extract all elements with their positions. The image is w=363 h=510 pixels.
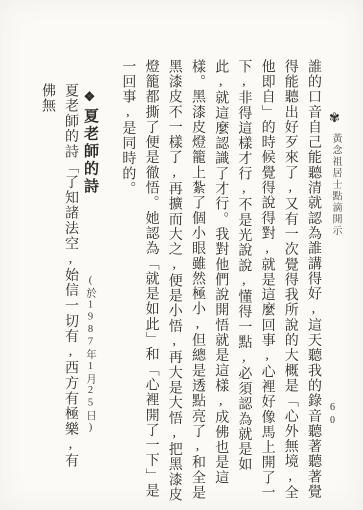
running-header: ✾黃念祖居士點滴開示 xyxy=(327,111,343,261)
book-page: ✾黃念祖居士點滴開示 誰的口音自己能聽清就認為誰講得好,這天聽我的錄音聽著聽著覺… xyxy=(0,0,363,510)
section-body-text: 夏老師的詩「了知諸法空,始信一切有,西方有極樂,有佛無 xyxy=(58,83,82,483)
section-date: (於1987年1月25日) xyxy=(81,275,99,455)
rosette-flower-icon: ✾ xyxy=(328,111,343,126)
main-text-paragraph: 誰的口音自己能聽清就認為誰講得好,這天聽我的錄音聽著聽著覺得能聽出好歹來了,又有… xyxy=(116,59,325,503)
section-title-text: 夏老師的詩 xyxy=(82,108,98,196)
section-title: ❖夏老師的詩 xyxy=(79,90,101,210)
page-number: 60 xyxy=(326,402,338,428)
running-header-title: 黃念祖居士點滴開示 xyxy=(330,133,341,237)
section-marker-icon: ❖ xyxy=(83,90,98,105)
